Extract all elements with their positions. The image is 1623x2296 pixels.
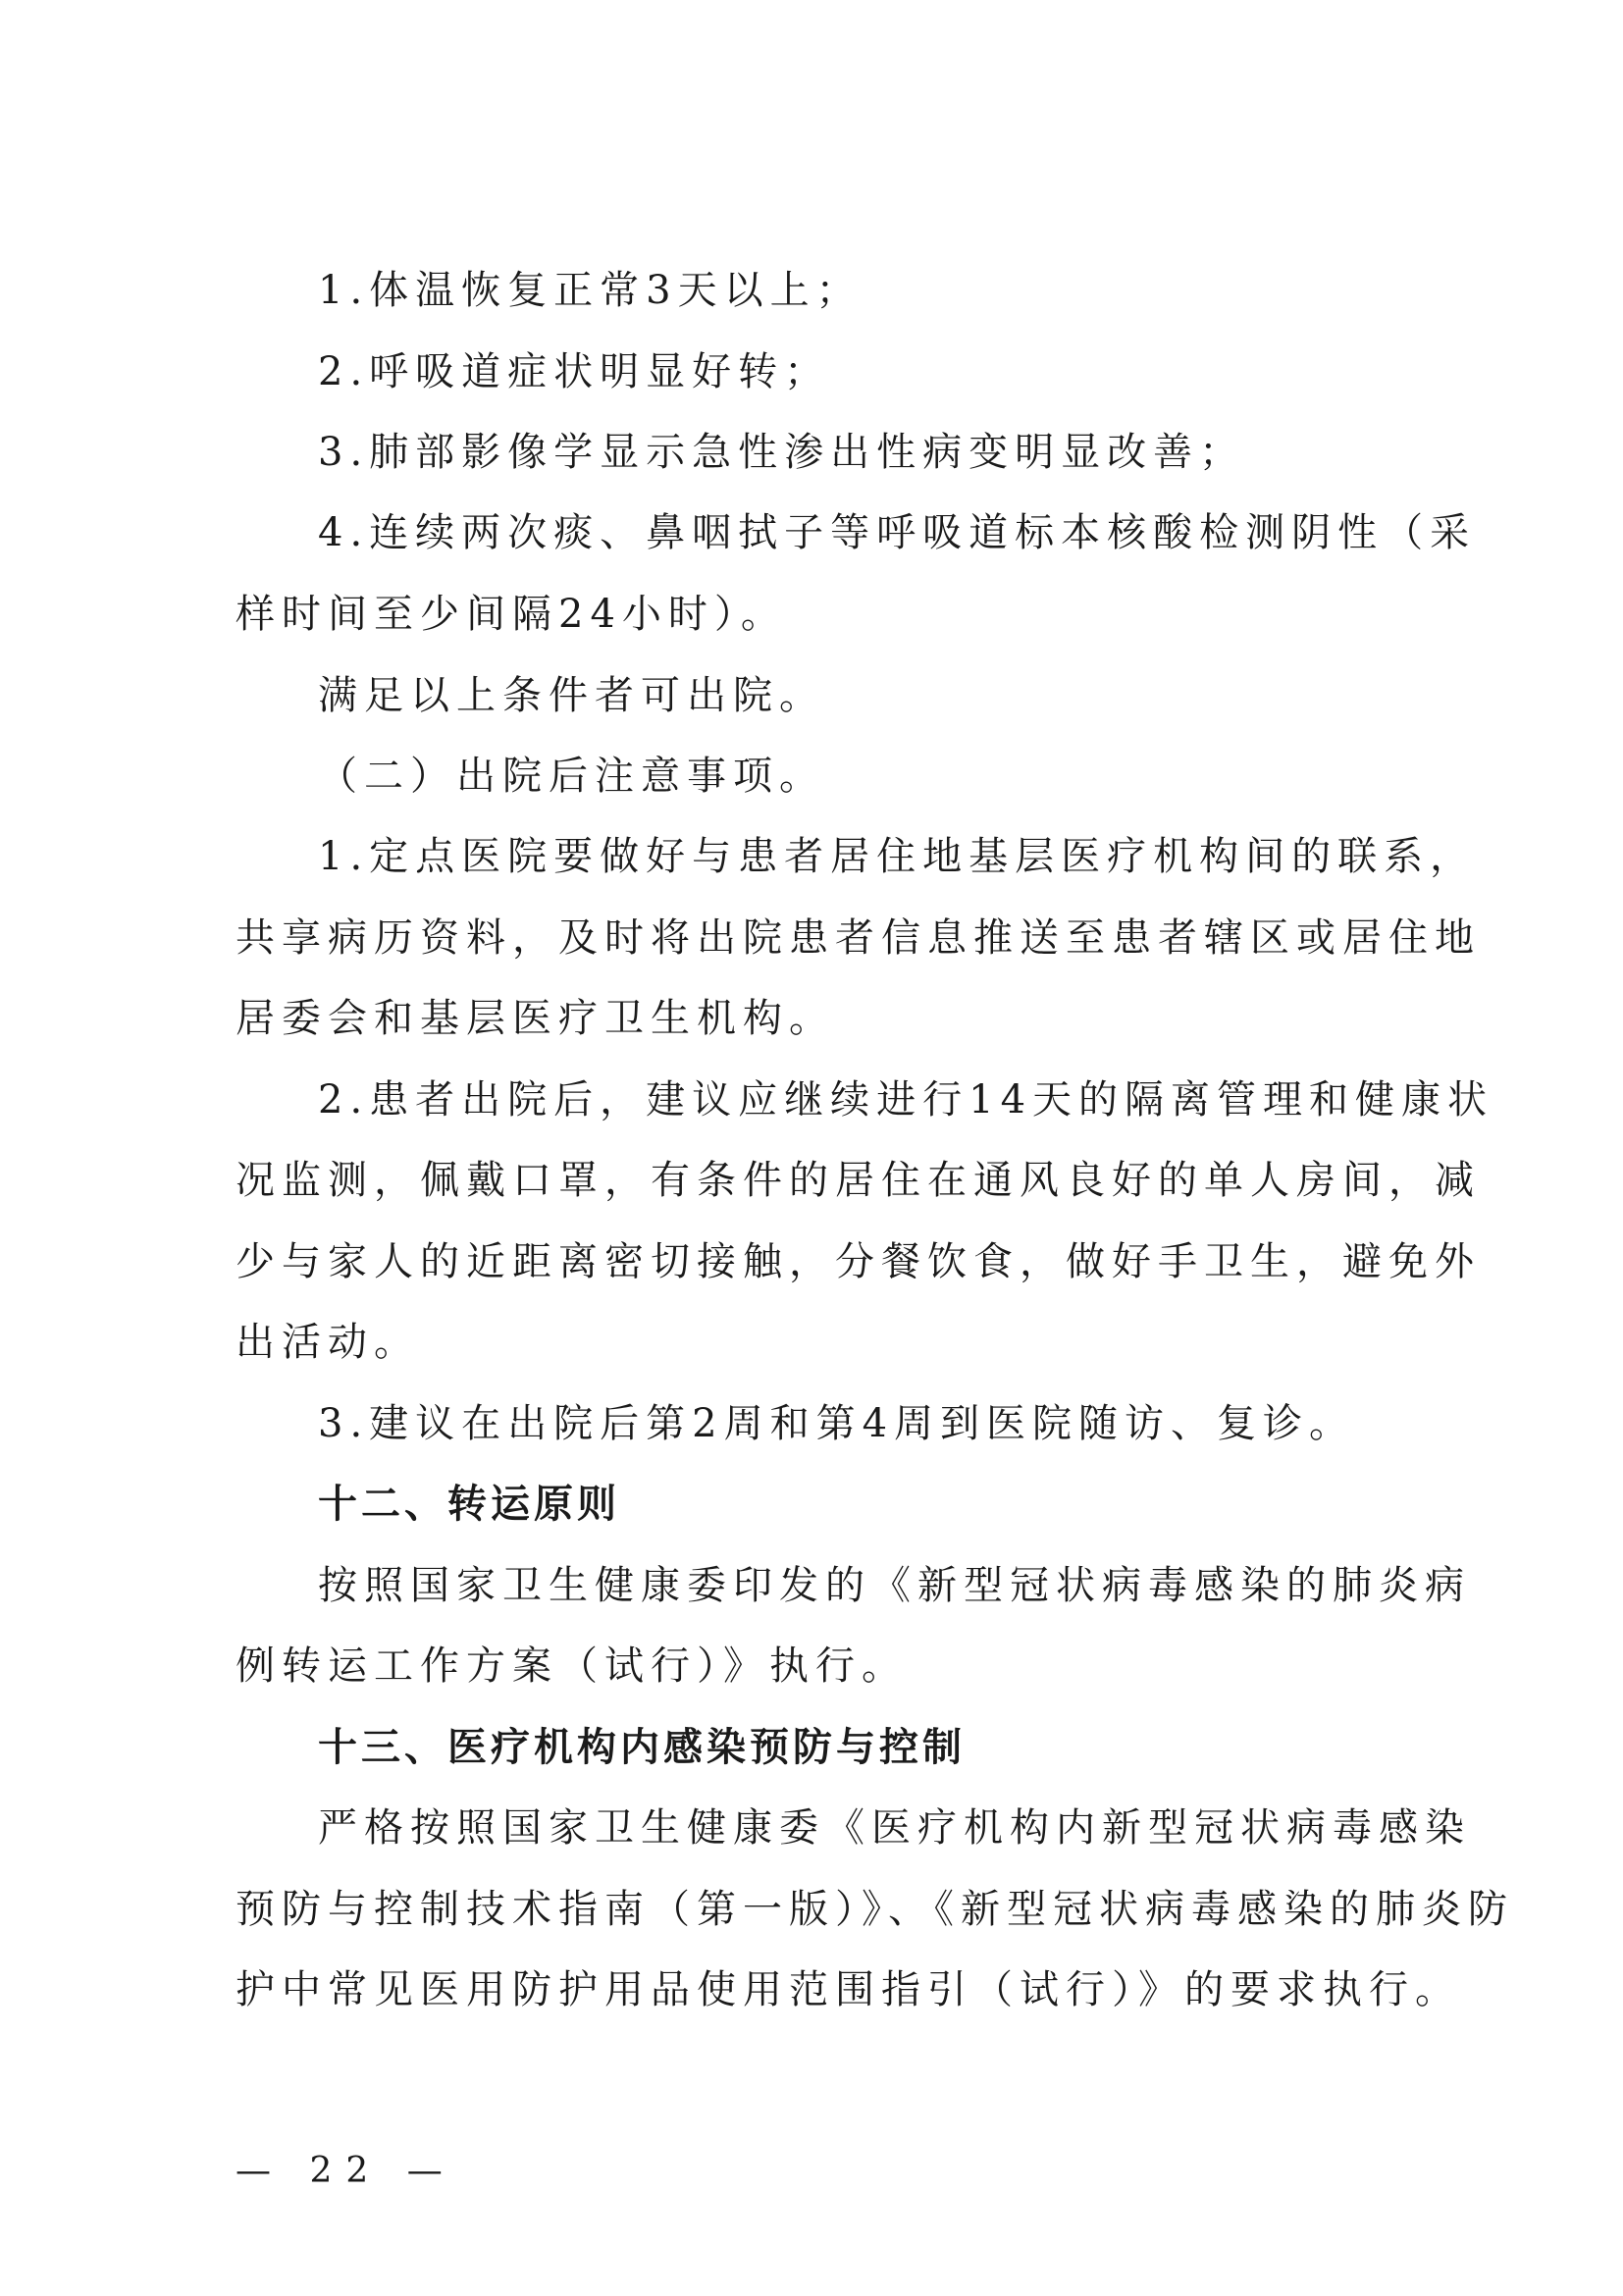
note-2-line-1: 2.患者出院后，建议应继续进行14天的隔离管理和健康状 bbox=[318, 1080, 1493, 1120]
section-13-line-2: 预防与控制技术指南（第一版）》、《新型冠状病毒感染的肺炎防 bbox=[236, 1890, 1514, 1929]
section-heading-13: 十三、医疗机构内感染预防与控制 bbox=[318, 1728, 966, 1767]
criterion-3: 3.肺部影像学显示急性渗出性病变明显改善； bbox=[318, 433, 1245, 472]
criterion-1: 1.体温恢复正常3天以上； bbox=[318, 271, 863, 310]
note-2-line-2: 况监测，佩戴口罩，有条件的居住在通风良好的单人房间，减 bbox=[236, 1161, 1481, 1200]
note-2-line-3: 少与家人的近距离密切接触，分餐饮食，做好手卫生，避免外 bbox=[236, 1242, 1481, 1281]
criterion-4-line-1: 4.连续两次痰、鼻咽拭子等呼吸道标本核酸检测阴性（采 bbox=[318, 513, 1476, 552]
section-12-line-2: 例转运工作方案（试行）》执行。 bbox=[236, 1646, 908, 1686]
section-heading-12: 十二、转运原则 bbox=[318, 1485, 620, 1524]
subsection-heading-2: （二）出院后注意事项。 bbox=[318, 757, 825, 796]
note-1-line-1: 1.定点医院要做好与患者居住地基层医疗机构间的联系， bbox=[318, 837, 1476, 876]
criterion-2: 2.呼吸道症状明显好转； bbox=[318, 352, 830, 391]
note-1-line-2: 共享病历资料，及时将出院患者信息推送至患者辖区或居住地 bbox=[236, 918, 1481, 958]
criterion-4-line-2: 样时间至少间隔24小时）。 bbox=[236, 595, 787, 634]
document-page: 1.体温恢复正常3天以上； 2.呼吸道症状明显好转； 3.肺部影像学显示急性渗出… bbox=[0, 0, 1623, 2296]
section-13-line-3: 护中常见医用防护用品使用范围指引（试行）》的要求执行。 bbox=[236, 1970, 1461, 2009]
section-12-line-1: 按照国家卫生健康委印发的《新型冠状病毒感染的肺炎病 bbox=[318, 1566, 1471, 1605]
page-number: — 22 — bbox=[236, 2151, 456, 2191]
note-2-line-4: 出活动。 bbox=[236, 1323, 420, 1362]
section-13-line-1: 严格按照国家卫生健康委《医疗机构内新型冠状病毒感染 bbox=[318, 1808, 1471, 1848]
discharge-condition: 满足以上条件者可出院。 bbox=[318, 676, 825, 715]
note-1-line-3: 居委会和基层医疗卫生机构。 bbox=[236, 999, 835, 1038]
note-3: 3.建议在出院后第2周和第4周到医院随访、复诊。 bbox=[318, 1404, 1355, 1443]
